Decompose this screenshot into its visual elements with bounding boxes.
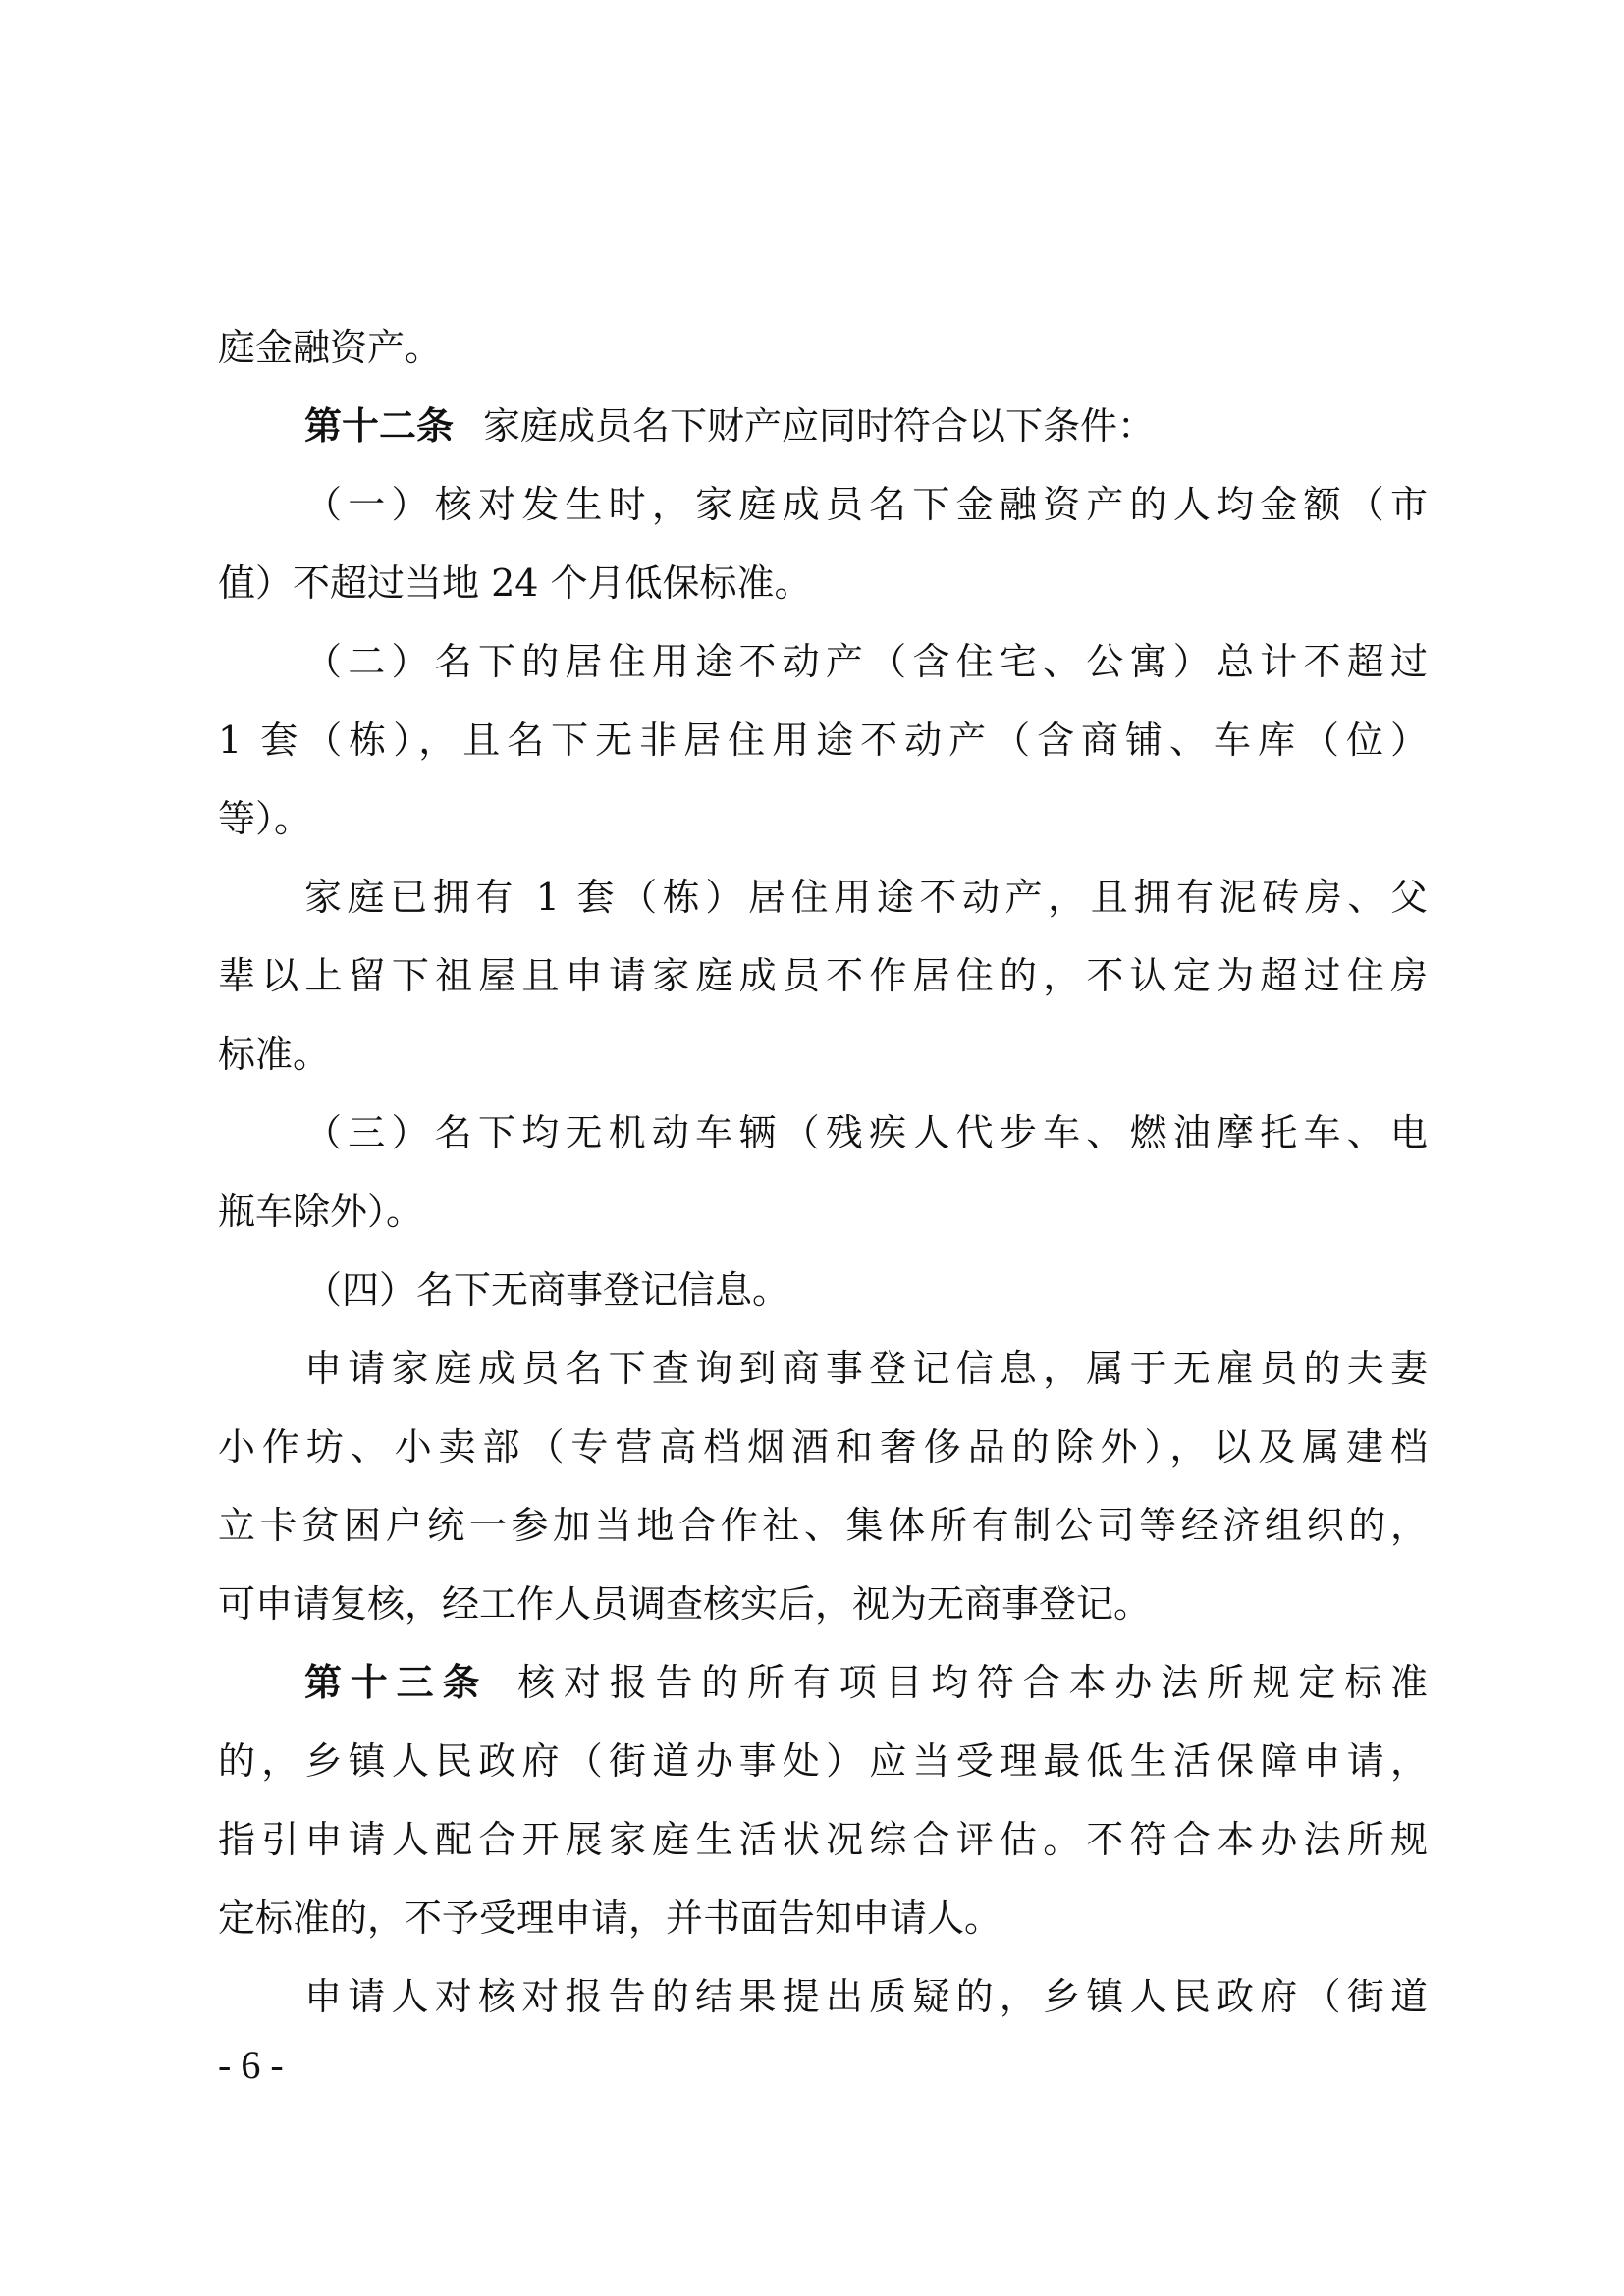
- text-line: 瓶车除外）。: [218, 1180, 1428, 1258]
- text-line: 庭金融资产。: [218, 316, 1428, 395]
- text-line: 值）不超过当地 24 个月低保标准。: [218, 552, 1428, 630]
- text-line: 辈以上留下祖屋且申请家庭成员不作居住的，不认定为超过住房: [218, 944, 1428, 1023]
- text-line: （三）名下均无机动车辆（残疾人代步车、燃油摩托车、电: [218, 1101, 1428, 1180]
- text-line: 可申请复核，经工作人员调查核实后，视为无商事登记。: [218, 1573, 1428, 1651]
- text-line: （二）名下的居住用途不动产（含住宅、公寓）总计不超过: [218, 630, 1428, 709]
- text-line: 等）。: [218, 787, 1428, 866]
- text-line: （四）名下无商事登记信息。: [218, 1258, 1428, 1337]
- text-line: 1 套（栋），且名下无非居住用途不动产（含商铺、车库（位）: [218, 709, 1428, 787]
- text-line: 定标准的，不予受理申请，并书面告知申请人。: [218, 1887, 1428, 1965]
- article-12-heading-line: 第十二条家庭成员名下财产应同时符合以下条件：: [218, 395, 1428, 473]
- page-number: - 6 -: [218, 2042, 284, 2088]
- text-line: 的，乡镇人民政府（街道办事处）应当受理最低生活保障申请，: [218, 1730, 1428, 1808]
- text-line: 指引申请人配合开展家庭生活状况综合评估。不符合本办法所规: [218, 1808, 1428, 1887]
- text-line: 标准。: [218, 1023, 1428, 1101]
- text-line: 申请家庭成员名下查询到商事登记信息，属于无雇员的夫妻: [218, 1337, 1428, 1415]
- article-heading: 第十二条: [304, 404, 454, 448]
- text-line: 小作坊、小卖部（专营高档烟酒和奢侈品的除外），以及属建档: [218, 1415, 1428, 1494]
- text-line: 申请人对核对报告的结果提出质疑的，乡镇人民政府（街道: [218, 1965, 1428, 2044]
- document-body: 庭金融资产。 第十二条家庭成员名下财产应同时符合以下条件： （一）核对发生时，家…: [218, 316, 1428, 2044]
- article-heading: 第十三条: [304, 1661, 488, 1704]
- article-text: 核对报告的所有项目均符合本办法所规定标准: [517, 1661, 1428, 1704]
- article-text: 家庭成员名下财产应同时符合以下条件：: [483, 404, 1155, 448]
- article-13-heading-line: 第十三条核对报告的所有项目均符合本办法所规定标准: [218, 1651, 1428, 1730]
- text-line: 家庭已拥有 1 套（栋）居住用途不动产，且拥有泥砖房、父: [218, 866, 1428, 944]
- text-line: （一）核对发生时，家庭成员名下金融资产的人均金额（市: [218, 473, 1428, 552]
- text-line: 立卡贫困户统一参加当地合作社、集体所有制公司等经济组织的，: [218, 1494, 1428, 1573]
